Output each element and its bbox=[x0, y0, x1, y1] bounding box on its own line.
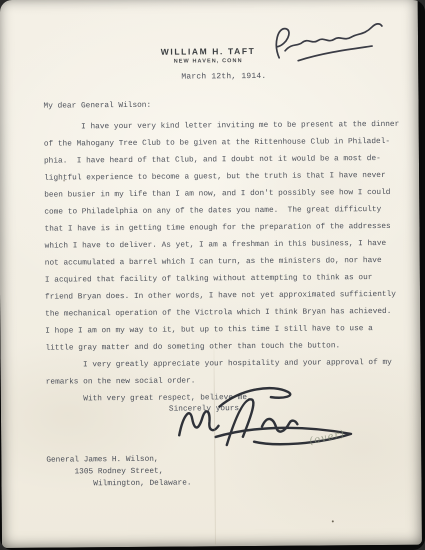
salutation: My dear General Wilson: bbox=[44, 102, 152, 111]
signature bbox=[169, 383, 362, 461]
recipient-line: Wilmington, Delaware. bbox=[46, 478, 191, 491]
letter-photo: WILLIAM H. TAFT NEW HAVEN, CONN March 12… bbox=[0, 0, 425, 550]
letter-body: I have your very kind letter inviting me… bbox=[44, 117, 402, 409]
letter-paper: WILLIAM H. TAFT NEW HAVEN, CONN March 12… bbox=[0, 0, 422, 548]
letter-body-line: I hope I am on my way to it, but up to t… bbox=[45, 321, 401, 341]
paper-speckle bbox=[332, 520, 334, 522]
recipient-line: General James H. Wilson, bbox=[46, 454, 191, 467]
letter-body-line: I very greatly appreciate your hospitali… bbox=[46, 355, 402, 375]
handwritten-personal-annotation bbox=[266, 17, 401, 66]
letter-date: March 12th, 1914. bbox=[181, 72, 266, 82]
recipient-line: 1305 Rodney Street, bbox=[46, 466, 191, 479]
paper-speckle bbox=[63, 179, 65, 181]
recipient-address: General James H. Wilson, 1305 Rodney Str… bbox=[46, 454, 191, 491]
